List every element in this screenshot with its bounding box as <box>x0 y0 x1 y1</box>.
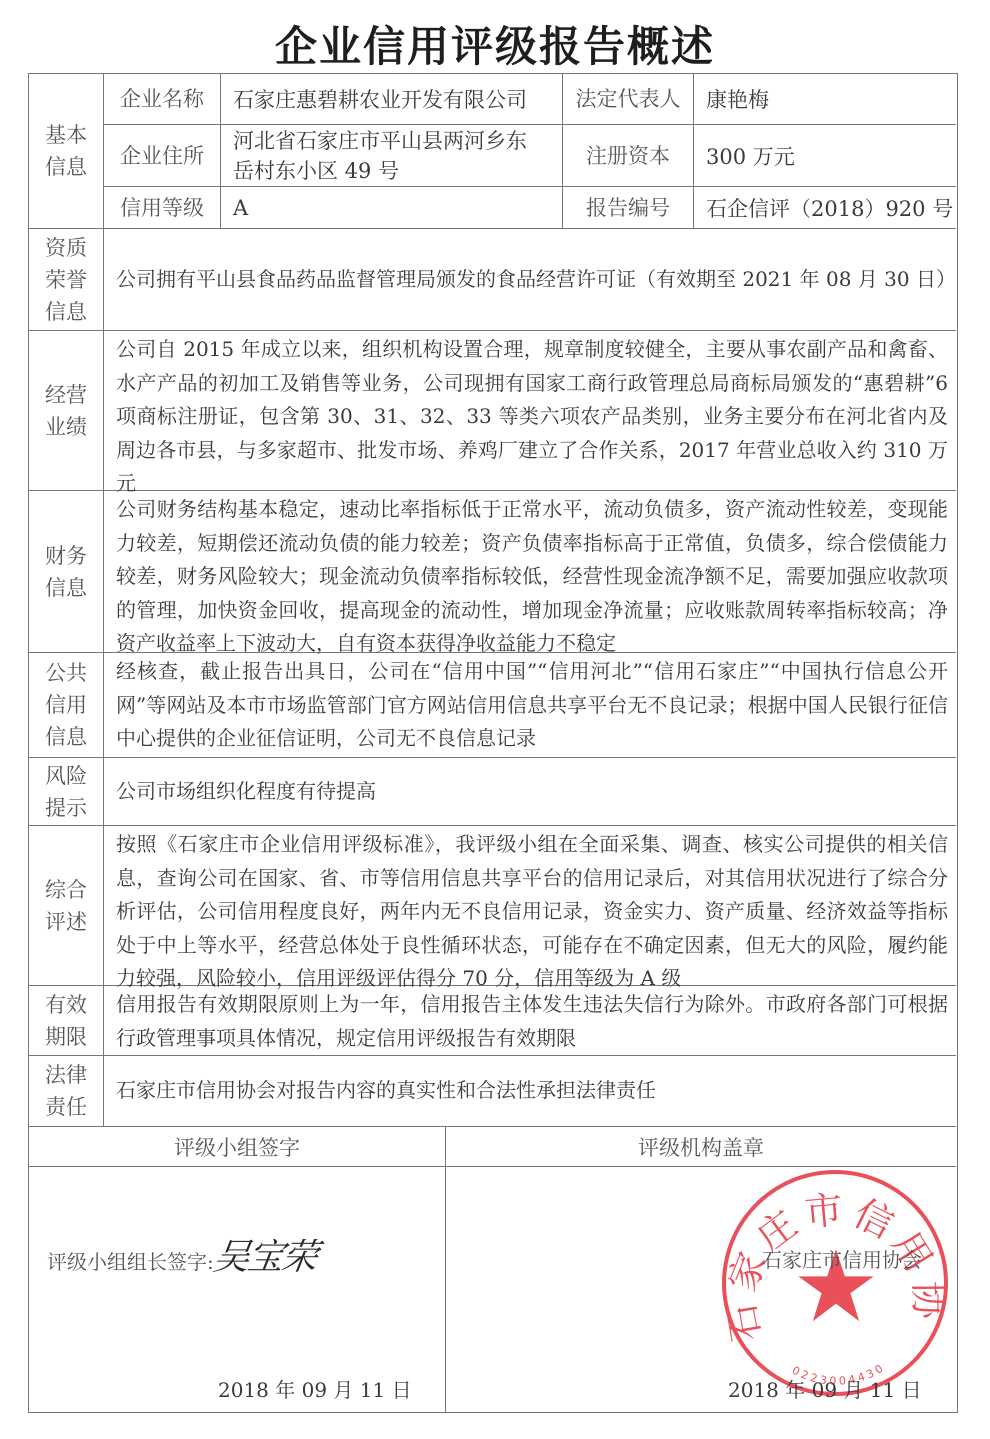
value-registered-capital: 300 万元 <box>694 125 956 187</box>
rating-agency-stamp-header: 评级机构盖章 <box>446 1127 956 1167</box>
seal-organization-name: 石家庄市信用协会 <box>762 1244 922 1273</box>
stamp-date: 2018 年 09 月 11 日 <box>728 1374 922 1403</box>
value-company-name: 石家庄惠碧耕农业开发有限公司 <box>221 74 563 125</box>
section-text-qualification: 公司拥有平山县食品药品监督管理局颁发的食品经营许可证（有效期至 2021 年 0… <box>104 229 956 331</box>
value-credit-grade: A <box>221 187 563 229</box>
section-label-business-performance: 经营 业绩 <box>29 331 104 491</box>
label-credit-grade: 信用等级 <box>104 187 221 229</box>
leader-signature-row: 评级小组组长签字:吴宝荣 <box>47 1229 316 1280</box>
section-text-business-performance: 公司自 2015 年成立以来，组织机构设置合理，规章制度较健全，主要从事农副产品… <box>104 331 956 491</box>
label-registered-capital: 注册资本 <box>563 125 694 187</box>
value-legal-representative: 康艳梅 <box>694 74 956 125</box>
section-text-validity: 信用报告有效期限原则上为一年，信用报告主体发生违法失信行为除外。市政府各部门可根… <box>104 986 956 1056</box>
document-title: 企业信用评级报告概述 <box>0 14 990 74</box>
signature-date: 2018 年 09 月 11 日 <box>218 1374 412 1403</box>
section-label-legal-liability: 法律 责任 <box>29 1056 104 1127</box>
section-text-risk-warning: 公司市场组织化程度有待提高 <box>104 758 956 826</box>
section-label-qualification: 资质 荣誉 信息 <box>29 229 104 331</box>
value-report-number: 石企信评（2018）920 号 <box>694 187 956 229</box>
label-company-name: 企业名称 <box>104 74 221 125</box>
rating-team-signature-header: 评级小组签字 <box>29 1127 446 1167</box>
section-label-financial-info: 财务 信息 <box>29 491 104 653</box>
section-label-validity: 有效 期限 <box>29 986 104 1056</box>
label-company-address: 企业住所 <box>104 125 221 187</box>
section-label-overall-review: 综合 评述 <box>29 826 104 986</box>
value-company-address: 河北省石家庄市平山县两河乡东 岳村东小区 49 号 <box>221 125 563 187</box>
official-seal: 石家庄市信用协会 0223004430 石家庄市信用协会 <box>722 1170 948 1396</box>
section-text-legal-liability: 石家庄市信用协会对报告内容的真实性和合法性承担法律责任 <box>104 1056 956 1127</box>
leader-signature: 吴宝荣 <box>210 1229 319 1280</box>
label-legal-representative: 法定代表人 <box>563 74 694 125</box>
section-text-public-credit: 经核查，截止报告出具日，公司在“信用中国”“信用河北”“信用石家庄”“中国执行信… <box>104 653 956 758</box>
section-label-risk-warning: 风险 提示 <box>29 758 104 826</box>
section-text-financial-info: 公司财务结构基本稳定，速动比率指标低于正常水平，流动负债多，资产流动性较差，变现… <box>104 491 956 653</box>
label-report-number: 报告编号 <box>563 187 694 229</box>
section-text-overall-review: 按照《石家庄市企业信用评级标准》，我评级小组在全面采集、调查、核实公司提供的相关… <box>104 826 956 986</box>
section-label-public-credit: 公共 信用 信息 <box>29 653 104 758</box>
section-label-basic-info: 基本 信息 <box>29 74 104 229</box>
